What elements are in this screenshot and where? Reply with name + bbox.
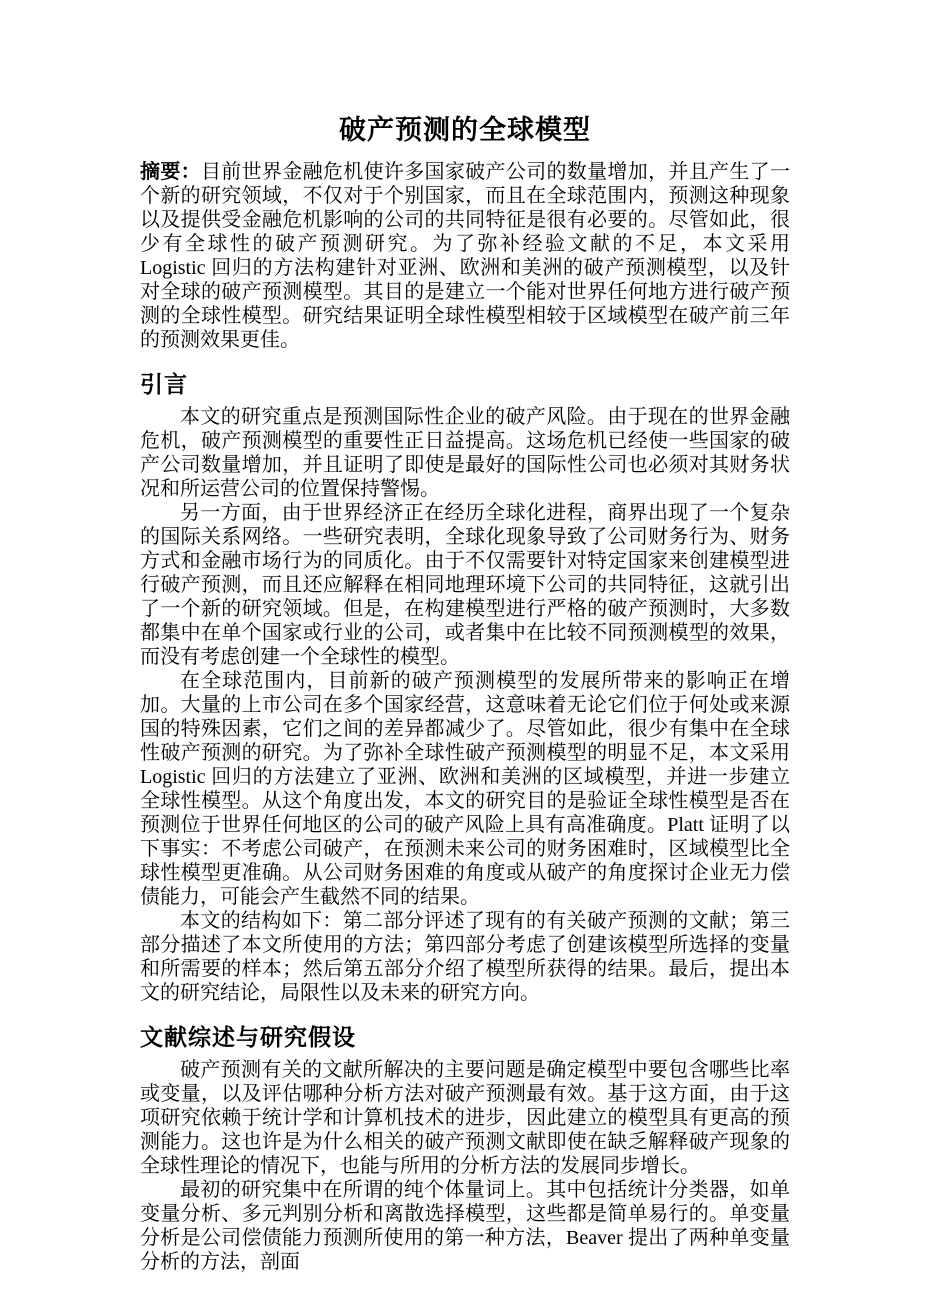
abstract-text: 目前世界金融危机使许多国家破产公司的数量增加，并且产生了一个新的研究领域，不仅对…	[140, 161, 790, 351]
literature-review-paragraph-2: 最初的研究集中在所谓的纯个体量词上。其中包括统计分类器，如单变量分析、多元判别分…	[140, 1178, 790, 1274]
literature-review-paragraph-1: 破产预测有关的文献所解决的主要问题是确定模型中要包含哪些比率或变量，以及评估哪种…	[140, 1058, 790, 1178]
document-title: 破产预测的全球模型	[140, 110, 790, 150]
section-heading-introduction: 引言	[140, 369, 790, 399]
abstract-paragraph: 摘要：目前世界金融危机使许多国家破产公司的数量增加，并且产生了一个新的研究领域，…	[140, 160, 790, 352]
document-page: 破产预测的全球模型 摘要：目前世界金融危机使许多国家破产公司的数量增加，并且产生…	[0, 0, 926, 1309]
introduction-paragraph-1: 本文的研究重点是预测国际性企业的破产风险。由于现在的世界金融危机，破产预测模型的…	[140, 405, 790, 501]
abstract-label: 摘要：	[140, 161, 201, 183]
introduction-paragraph-4: 本文的结构如下：第二部分评述了现有的有关破产预测的文献；第三部分描述了本文所使用…	[140, 909, 790, 1005]
introduction-paragraph-2: 另一方面，由于世界经济正在经历全球化进程，商界出现了一个复杂的国际关系网络。一些…	[140, 501, 790, 669]
introduction-paragraph-3: 在全球范围内，目前新的破产预测模型的发展所带来的影响正在增加。大量的上市公司在多…	[140, 669, 790, 909]
section-heading-literature-review: 文献综述与研究假设	[140, 1022, 790, 1052]
